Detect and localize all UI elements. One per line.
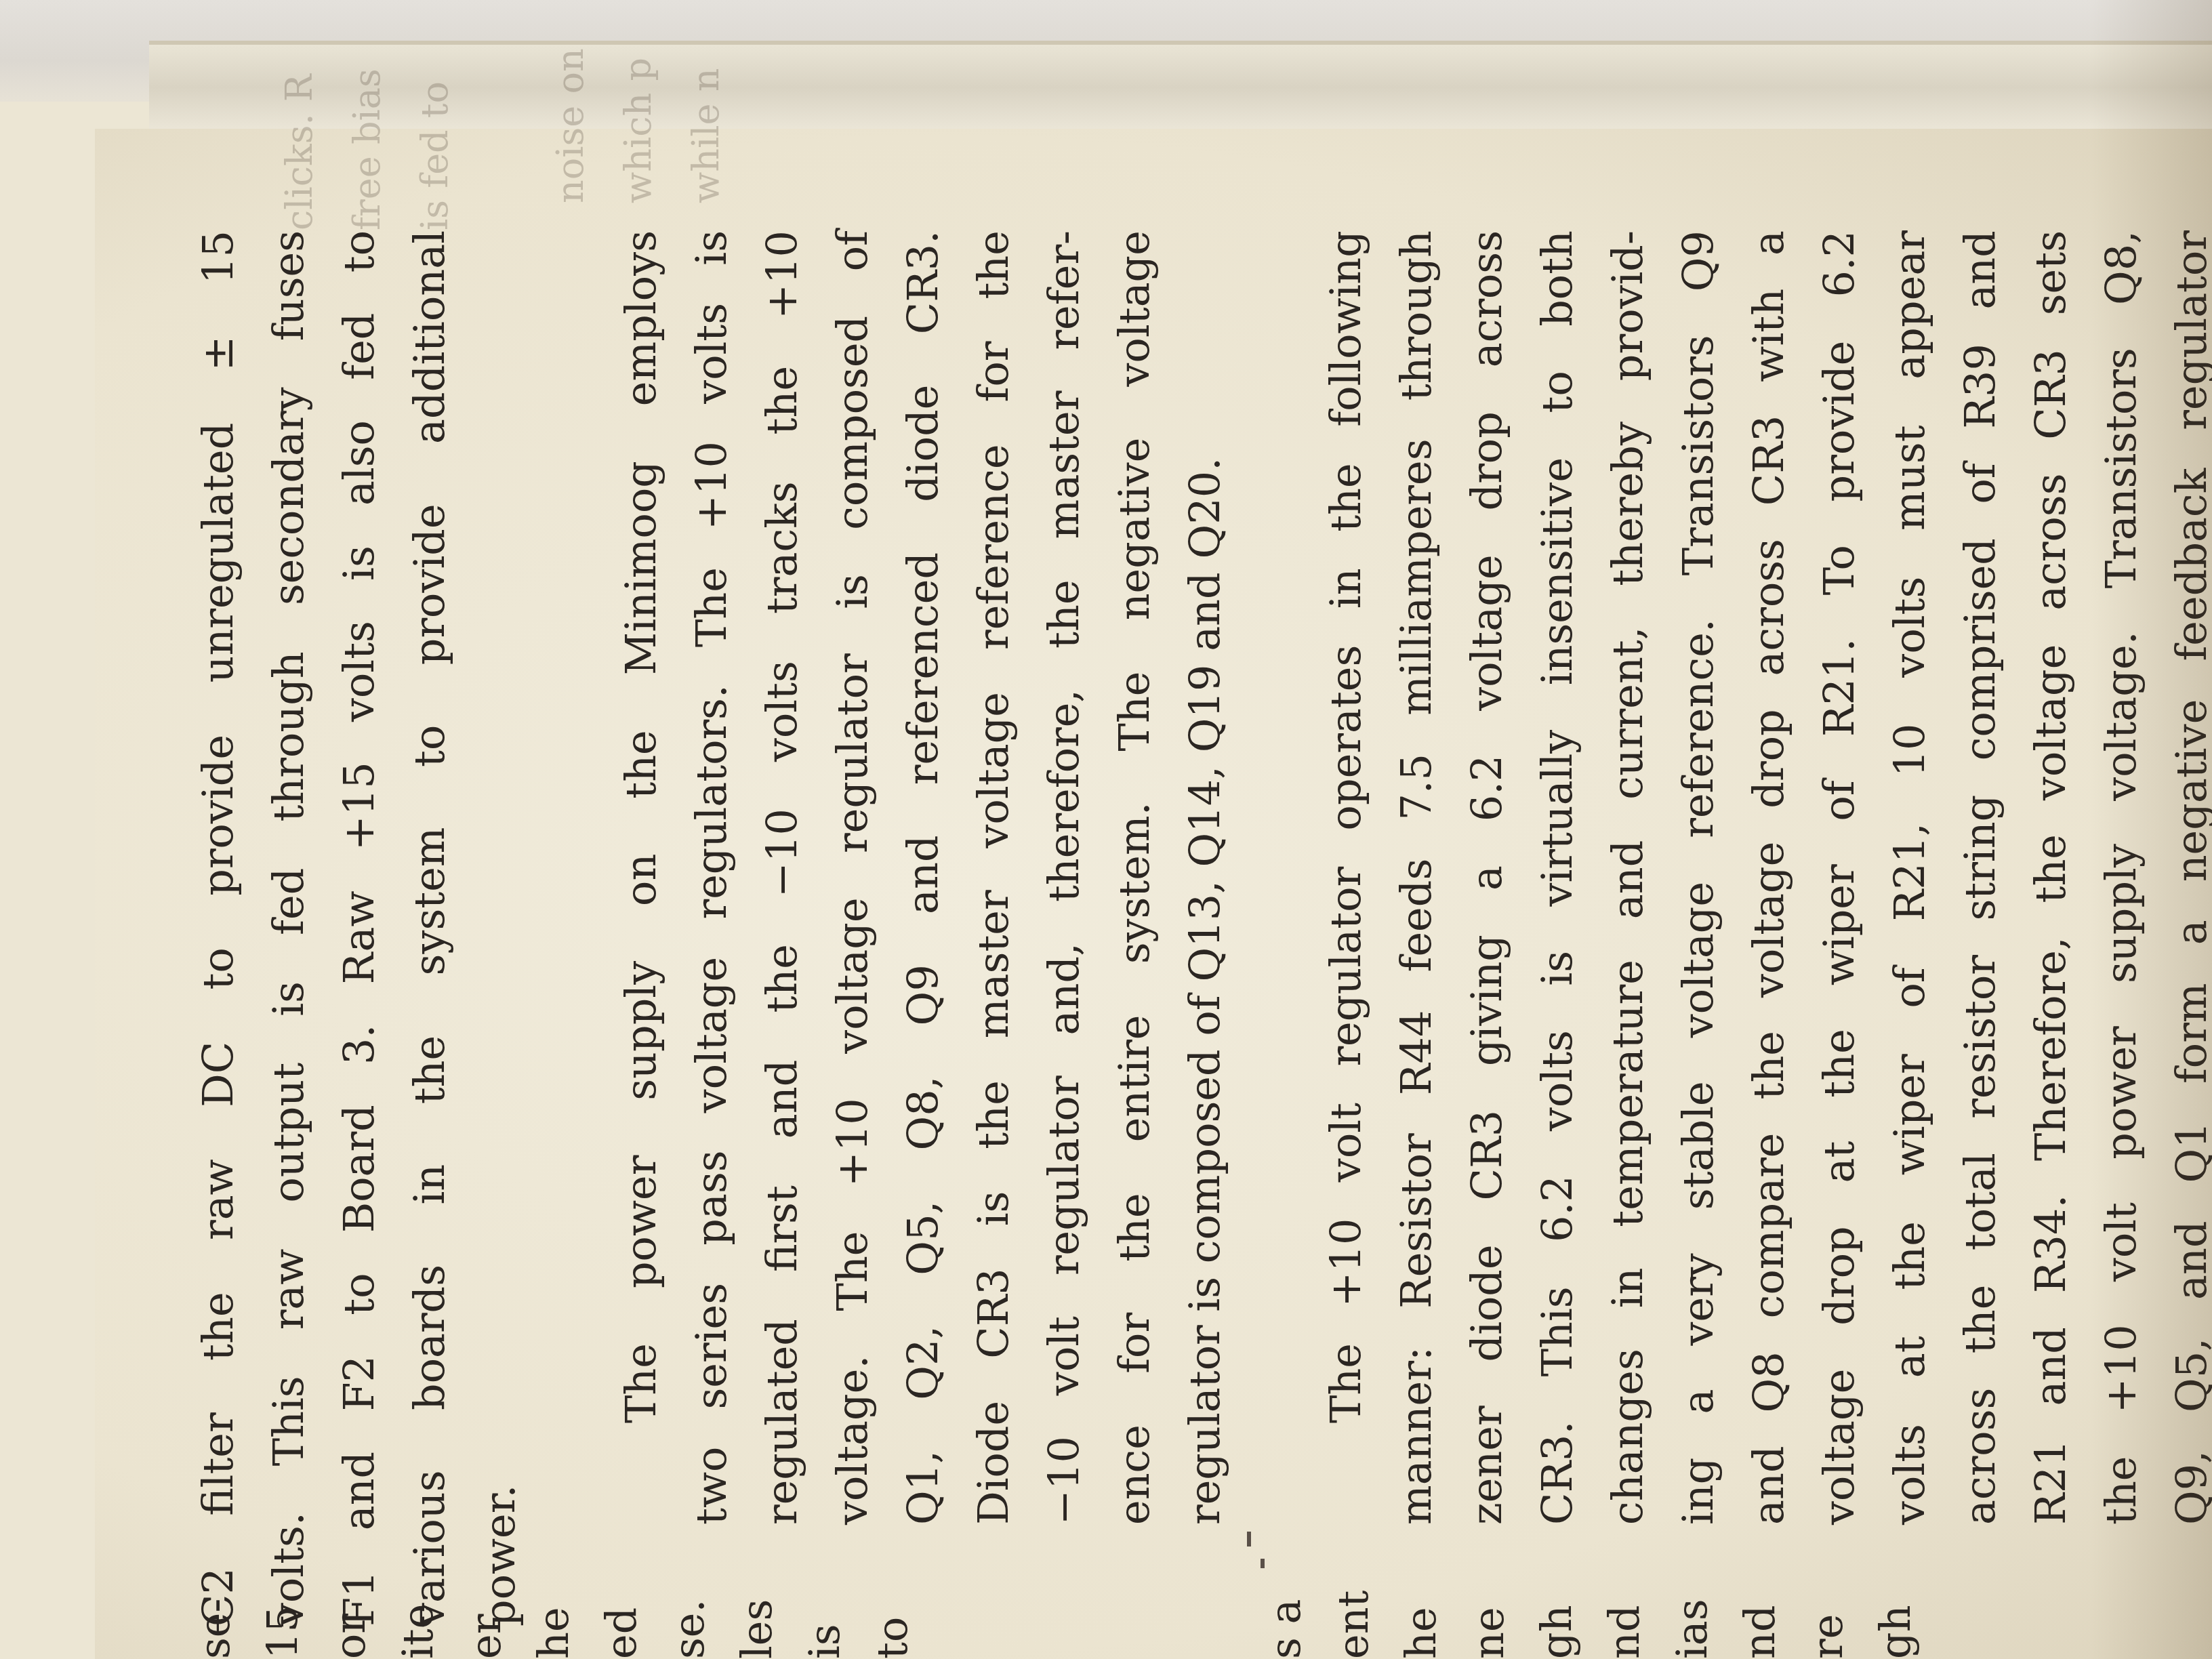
text-line: Q9, Q5, and Q1 form a negative feedback … <box>2156 230 2212 1626</box>
stray-mark <box>1261 1559 1265 1568</box>
bleed-line: which p <box>617 58 659 203</box>
bleed-line: clicks. R <box>278 75 321 230</box>
fragment: ent <box>1328 1590 1378 1659</box>
text-line: across the total resistor string compris… <box>1945 230 2015 1626</box>
fragment: ne <box>1464 1607 1513 1659</box>
main-text-column: C2 filter the raw DC to provide unregula… <box>183 230 2212 1626</box>
fragment: s a <box>1261 1599 1310 1659</box>
text-line: CR3. This 6.2 volts is virtually insensi… <box>1522 230 1593 1626</box>
paragraph-plus10-regulator: The +10 volt regulator operates in the f… <box>1311 230 2212 1626</box>
text-line: manner: Resistor R44 feeds 7.5 milliampe… <box>1381 230 1452 1626</box>
fragment: is <box>800 1624 849 1659</box>
fragment: re <box>1803 1614 1852 1659</box>
text-line: volts. This raw output is fed through se… <box>253 230 324 1626</box>
text-line: power. <box>465 230 535 1626</box>
fragment: gh <box>1532 1605 1581 1659</box>
fragment: gh <box>1870 1605 1920 1659</box>
text-line: volts at the wiper of R21, 10 volts must… <box>1875 230 1945 1626</box>
fragment: he <box>529 1607 578 1659</box>
fragment: nd <box>1735 1605 1784 1659</box>
text-line: two series pass voltage regulators. The … <box>676 230 747 1626</box>
stray-mark <box>1247 1532 1251 1547</box>
text-line: and Q8 compare the voltage drop across C… <box>1734 230 1804 1626</box>
bleed-line: noise on <box>549 48 592 203</box>
paragraph-raw-dc: C2 filter the raw DC to provide unregula… <box>183 230 535 1626</box>
fragment: er <box>461 1614 510 1659</box>
fragment: se- <box>190 1599 239 1659</box>
fragment: nd <box>1599 1605 1649 1659</box>
bleed-line: is fed to <box>413 81 456 230</box>
text-line: The +10 volt regulator operates in the f… <box>1311 230 1381 1626</box>
book-page-edges <box>149 41 2212 140</box>
text-line: Q1, Q2, Q5, Q8, Q9 and referenced diode … <box>888 230 958 1626</box>
text-line: R21 and R34. Therefore, the voltage acro… <box>2015 230 2086 1626</box>
text-line: voltage. The +10 voltage regulator is co… <box>817 230 888 1626</box>
text-line: F1 and F2 to Board 3. Raw +15 volts is a… <box>324 230 394 1626</box>
fragment: or <box>325 1614 375 1659</box>
fragment: ias <box>1667 1599 1717 1659</box>
bleed-line: free bias <box>346 68 388 230</box>
text-line: the +10 volt power supply voltage. Trans… <box>2086 230 2156 1626</box>
text-line: regulator is composed of Q13, Q14, Q19 a… <box>1170 230 1240 1626</box>
paragraph-power-supply: The power supply on the Minimoog employs… <box>606 230 1240 1626</box>
fragment: ite <box>393 1604 443 1659</box>
text-line: regulated first and the −10 volts tracks… <box>747 230 817 1626</box>
fragment: ed <box>596 1607 646 1659</box>
text-line: ence for the entire system. The negative… <box>1099 230 1170 1626</box>
text-line: The power supply on the Minimoog employs <box>606 230 676 1626</box>
text-line: Diode CR3 is the master voltage referenc… <box>958 230 1029 1626</box>
fragment: to <box>867 1617 917 1659</box>
text-line: changes in temperature and current, ther… <box>1593 230 1663 1626</box>
text-line: voltage drop at the wiper of R21. To pro… <box>1804 230 1875 1626</box>
bleed-line: while n <box>684 68 727 203</box>
fragment: he <box>1396 1607 1446 1659</box>
text-line: various boards in the system to provide … <box>394 230 465 1626</box>
fragment: 15 <box>258 1605 307 1659</box>
text-line: zener diode CR3 giving a 6.2 voltage dro… <box>1452 230 1522 1626</box>
text-line: C2 filter the raw DC to provide unregula… <box>183 230 253 1626</box>
fragment: se. <box>664 1599 714 1659</box>
fragment: les <box>732 1599 781 1659</box>
text-line: ing a very stable voltage reference. Tra… <box>1663 230 1734 1626</box>
text-line: −10 volt regulator and, therefore, the m… <box>1029 230 1099 1626</box>
